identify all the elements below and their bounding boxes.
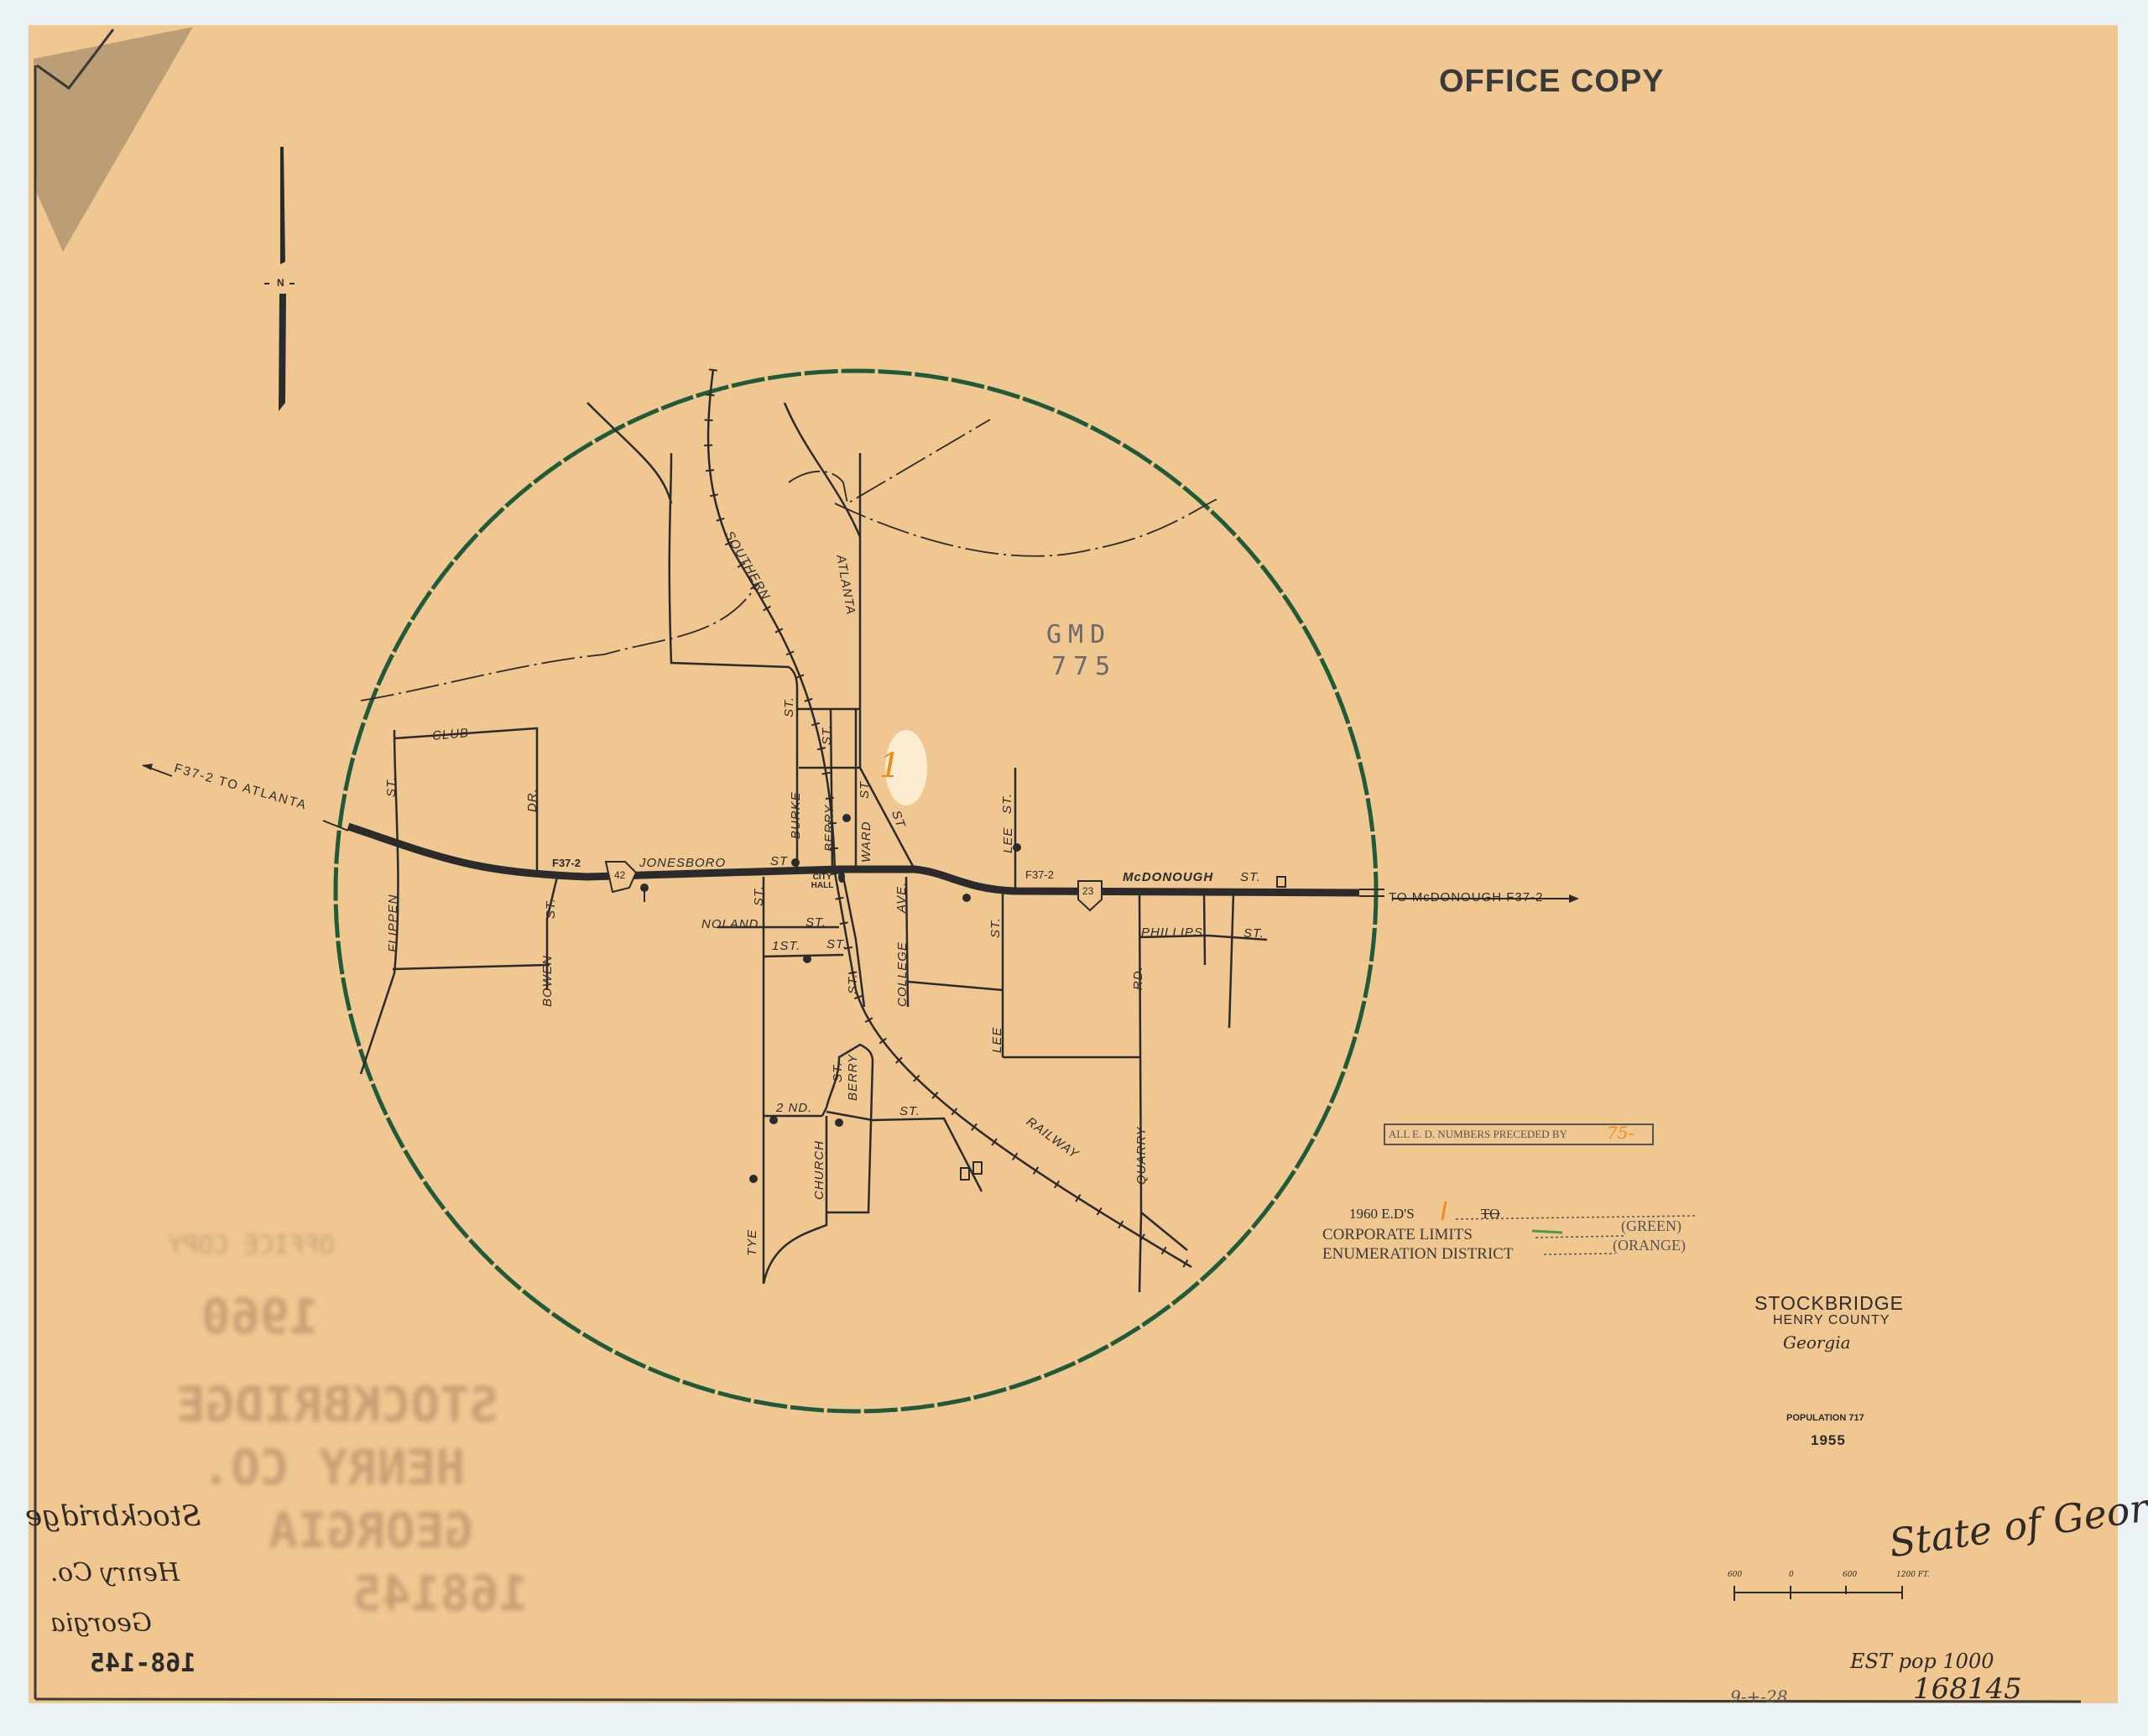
enumeration-district-color: (ORANGE) [1613, 1238, 1686, 1253]
street-lee: LEE [990, 1027, 1004, 1053]
eds-to-struck: TO [1481, 1207, 1499, 1221]
population-label: POPULATION 717 [1786, 1414, 1864, 1423]
street-flippen-st: ST. [384, 776, 399, 797]
cemetery-icon [961, 877, 1285, 1180]
handwritten-left-3: Georgia [50, 1611, 152, 1636]
street-college-ave: AVE. [894, 882, 909, 913]
year-label: 1955 [1811, 1433, 1846, 1447]
street-berry-st: ST. [820, 724, 834, 745]
folded-corner-shadow [34, 27, 193, 252]
corporate-limits-label: CORPORATE LIMITS [1322, 1227, 1473, 1243]
f37-west-label: F37-2 [552, 858, 581, 868]
catalog-number: 168145 [1913, 1675, 2022, 1703]
place-title: STOCKBRIDGE [1754, 1294, 1904, 1313]
street-quarry: QUARRY [1134, 1126, 1149, 1185]
route-23-label: 23 [1082, 886, 1093, 896]
street-mcdonough: McDONOUGH [1123, 870, 1213, 884]
street-first-st: ST. [826, 937, 847, 951]
street-flippen: FLIPPEN [386, 894, 400, 952]
street-dr: DR. [525, 788, 540, 812]
scale-tick-600-left: 600 [1728, 1572, 1742, 1579]
route-42-label: 42 [614, 870, 625, 880]
street-mcdonough-st: ST. [1240, 870, 1261, 884]
city-hall-label: CITY HALL [807, 873, 837, 890]
street-noland: NOLAND [701, 917, 759, 931]
street-second: 2 ND. [776, 1101, 812, 1115]
street-bowen: BOWEN [540, 955, 555, 1007]
gmd-label: GMD [1046, 623, 1112, 648]
est-pop-note: EST pop 1000 [1850, 1651, 1994, 1671]
corporate-limits-color: (GREEN) [1621, 1218, 1681, 1233]
gmd-number: 775 [1051, 654, 1117, 680]
eds-label: 1960 E.D'S [1349, 1207, 1415, 1221]
street-lee-upper: LEE [1001, 827, 1015, 853]
street-lee-upper-st: ST. [1000, 793, 1014, 814]
north-arrow-label: N [277, 278, 284, 288]
street-college: COLLEGE [895, 941, 910, 1007]
street-second-berry-st: ST. [831, 1061, 845, 1082]
office-copy-stamp: OFFICE COPY [1439, 65, 1665, 97]
enumeration-district-label: ENUMERATION DISTRICT [1322, 1246, 1513, 1262]
scale-tick-600-right: 600 [1843, 1572, 1857, 1579]
ghost-line-1: 1960 [201, 1292, 319, 1341]
ed-prefix-value: 75- [1607, 1124, 1634, 1141]
street-phillips-st: ST. [1243, 926, 1264, 941]
street-jonesboro: JONESBORO [639, 856, 726, 870]
street-first: 1ST. [772, 939, 800, 953]
sheet-id-mirrored: 168-145 [90, 1651, 196, 1676]
ghost-line-4: GEORGIA [268, 1506, 473, 1555]
ghost-office-copy: OFFICE COPY [168, 1233, 335, 1259]
ghost-line-2: STOCKBRIDGE [176, 1380, 498, 1429]
district-number: 1 [879, 749, 900, 783]
ed-prefix-label: ALL E. D. NUMBERS PRECEDED BY [1389, 1129, 1567, 1139]
street-bowen-st: ST. [544, 898, 558, 919]
handwritten-left-2: Henry Co. [50, 1561, 180, 1586]
street-burke-st: ST. [782, 696, 796, 717]
f37-east-label: F37-2 [1025, 869, 1054, 880]
street-church: CHURCH [812, 1140, 826, 1200]
ghost-line-5: 168145 [352, 1569, 529, 1618]
state-handwritten: Georgia [1783, 1334, 1851, 1351]
street-berry-south: BERRY [846, 1054, 860, 1101]
street-berry-lower-st: ST. [846, 973, 860, 994]
to-mcdonough-label: TO McDONOUGH F37-2 [1389, 891, 1543, 904]
street-ward-st: ST. [858, 778, 872, 799]
street-phillips: PHILLIPS [1141, 925, 1203, 940]
street-quarry-rd: RD. [1131, 966, 1145, 990]
scale-tick-0: 0 [1789, 1572, 1794, 1579]
street-burke: BURKE [789, 791, 803, 839]
scale-bar [1734, 1586, 1902, 1601]
street-lee-st: ST. [988, 917, 1003, 938]
ghost-line-3: HENRY CO. [201, 1443, 465, 1492]
street-berry: BERRY [822, 805, 837, 852]
street-tye: TYE [745, 1229, 759, 1256]
county-title: HENRY COUNTY [1773, 1314, 1890, 1327]
street-jonesboro-st: ST [770, 854, 788, 868]
street-tye-st: ST. [752, 885, 766, 906]
street-second-st-east: ST. [899, 1104, 920, 1118]
street-ward: WARD [859, 821, 873, 863]
handwritten-left-1: Stockbridge [25, 1502, 201, 1530]
margin-code: 9-+-28 [1730, 1688, 1787, 1705]
scale-tick-1200: 1200 FT. [1896, 1572, 1930, 1579]
street-noland-st: ST. [805, 915, 826, 930]
